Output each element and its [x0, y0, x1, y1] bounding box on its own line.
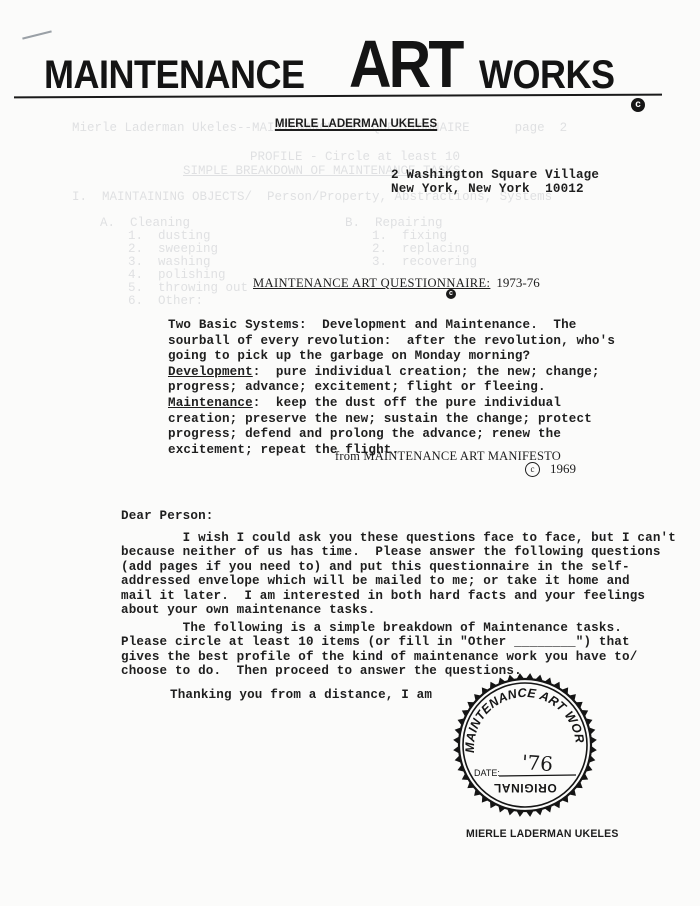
letter-line: Please circle at least 10 items (or fill…	[121, 635, 637, 649]
letter-paragraph-2: The following is a simple breakdown of M…	[121, 621, 637, 679]
seal-date-label: DATE:	[474, 768, 500, 778]
questionnaire-years: 1973-76	[496, 275, 539, 290]
bleed-through-line: 6. Other:	[128, 294, 203, 310]
author-heading: MIERLE LADERMAN UKELES	[0, 118, 700, 130]
seal-signature-name: MIERLE LADERMAN UKELES	[466, 828, 619, 841]
salutation: Dear Person:	[121, 509, 214, 523]
development-definition: Development: pure individual creation; t…	[168, 365, 615, 381]
letter-line: addressed envelope which will be mailed …	[121, 574, 676, 588]
manifesto-excerpt: Two Basic Systems: Development and Maint…	[168, 318, 615, 458]
manifesto-line: : keep the dust off the pure individual	[253, 396, 561, 410]
letter-line: I wish I could ask you these questions f…	[121, 531, 676, 545]
address-line-2: New York, New York 10012	[391, 182, 599, 196]
copyright-icon: c	[446, 289, 456, 299]
maintenance-label: Maintenance	[168, 396, 253, 410]
seal-bottom-text: ORIGINAL	[493, 781, 556, 795]
author-heading-text: MIERLE LADERMAN UKELES	[275, 118, 437, 130]
masthead-word-works: WORKS	[479, 52, 615, 98]
letter-line: (add pages if you need to) and put this …	[121, 560, 676, 574]
bleed-through-line: 3. recovering	[372, 255, 477, 271]
manifesto-source-year: 1969	[550, 461, 576, 476]
masthead: MAINTENANCE ART WORKS	[44, 34, 634, 96]
manifesto-line: : pure individual creation; the new; cha…	[253, 365, 600, 379]
manifesto-line: going to pick up the garbage on Monday m…	[168, 349, 615, 365]
development-label: Development	[168, 365, 253, 379]
letter-closing: Thanking you from a distance, I am	[170, 688, 432, 702]
manifesto-source-year-row: c1969	[525, 461, 576, 477]
letter-line: The following is a simple breakdown of M…	[121, 621, 637, 635]
maintenance-definition: Maintenance: keep the dust off the pure …	[168, 396, 615, 412]
letter-line: because neither of us has time. Please a…	[121, 545, 676, 559]
letter-line: mail it later. I am interested in both h…	[121, 589, 676, 603]
letter-line: gives the best profile of the kind of ma…	[121, 650, 637, 664]
letter-line: about your own maintenance tasks.	[121, 603, 676, 617]
letter-paragraph-1: I wish I could ask you these questions f…	[121, 531, 676, 617]
questionnaire-title-text: MAINTENANCE ART QUESTIONNAIRE:	[253, 276, 490, 290]
masthead-word-maintenance: MAINTENANCE	[44, 52, 305, 98]
manifesto-line: Two Basic Systems: Development and Maint…	[168, 318, 615, 334]
questionnaire-title: MAINTENANCE ART QUESTIONNAIRE:1973-76	[253, 274, 540, 292]
manifesto-line: progress; defend and prolong the advance…	[168, 427, 615, 443]
copyright-icon: c	[631, 98, 645, 112]
copyright-icon: c	[525, 462, 540, 477]
maintenance-art-work-seal: MAINTENANCE ART WORK ORIGINAL DATE: '76	[452, 672, 598, 818]
manifesto-line: creation; preserve the new; sustain the …	[168, 412, 615, 428]
manifesto-line: progress; advance; excitement; flight or…	[168, 380, 615, 396]
address-block: 2 Washington Square VillageNew York, New…	[391, 168, 599, 196]
address-line-1: 2 Washington Square Village	[391, 168, 599, 182]
seal-date-handwritten: '76	[521, 750, 554, 776]
masthead-word-art: ART	[349, 26, 462, 103]
manifesto-line: sourball of every revolution: after the …	[168, 334, 615, 350]
